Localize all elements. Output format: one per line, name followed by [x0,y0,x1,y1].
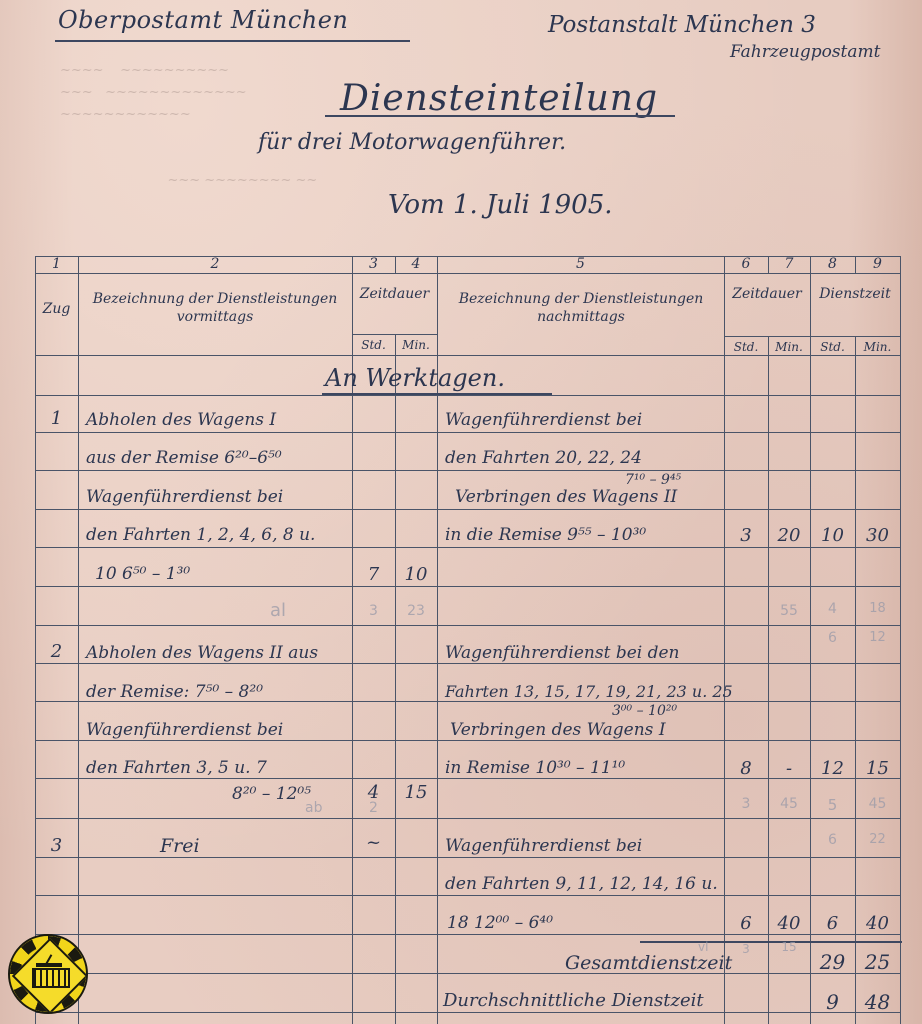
header-afternoon-duties: Bezeichnung der Dienstleistungen nachmit… [445,290,717,326]
average-duty-label: Durchschnittliche Dienstzeit [443,990,704,1011]
pencil-minutes: 15 [768,940,810,954]
afternoon-duty-time: 3⁰⁰ – 10²⁰ [612,703,677,719]
header-total-duty-time: Dienstzeit [810,285,900,303]
document-subtitle: für drei Motorwagenführer. [258,130,566,155]
morning-duty-line: der Remise: 7⁵⁰ – 8²⁰ [86,682,263,702]
morning-hours: 7 [352,564,395,585]
total-duty-hours: 29 [810,950,855,974]
header-afternoon-duration: Zeitdauer [724,285,810,303]
header-zug: Zug [35,300,78,318]
morning-duty-line: 8²⁰ – 12⁰⁵ [232,784,311,804]
afternoon-minutes: 20 [768,525,810,546]
morning-duty-line: Abholen des Wagens I [86,410,276,430]
afternoon-hours: 6 [724,913,768,934]
pencil-minutes: 23 [395,603,437,619]
column-number: 1 [35,256,78,272]
subheader-hours: Std. [724,340,768,354]
column-number: 7 [768,256,810,272]
pencil-minutes: 55 [768,603,810,619]
morning-duty-line: aus der Remise 6²⁰–6⁵⁰ [86,448,282,468]
total-hours: 10 [810,525,855,546]
column-number: 4 [395,256,437,272]
afternoon-hours: 8 [724,758,768,779]
total-minutes: 30 [855,525,900,546]
average-duty-hours: 9 [810,990,855,1014]
afternoon-hours: 3 [724,525,768,546]
total-minutes: 15 [855,758,900,779]
pencil-minutes: 18 [855,601,900,616]
morning-duty-line: den Fahrten 3, 5 u. 7 [86,758,267,778]
morning-minutes: 10 [395,564,437,585]
pencil-note: vl [698,940,708,954]
subheader-minutes: Min. [768,340,810,354]
total-hours: 12 [810,758,855,779]
pencil-minutes: 45 [768,796,810,812]
afternoon-duty-line: Wagenführerdienst bei den [445,643,680,663]
column-number: 8 [810,256,855,272]
total-duty-label: Gesamtdienstzeit [565,952,732,974]
train-number: 2 [35,641,78,662]
column-number: 2 [78,256,352,272]
afternoon-duty-time: 7¹⁰ – 9⁴⁵ [625,472,681,488]
morning-minutes: 15 [395,782,437,803]
afternoon-duty-line: den Fahrten 9, 11, 12, 14, 16 u. [445,874,718,894]
subheader-minutes: Min. [395,338,437,352]
pencil-hours: 5 [810,796,855,814]
tram-icon [32,968,70,988]
pencil-note: ab [305,800,322,816]
afternoon-duty-line: den Fahrten 20, 22, 24 [445,448,642,468]
column-number: 5 [437,256,724,272]
afternoon-duty-line: in die Remise 9⁵⁵ – 10³⁰ [445,525,646,545]
pencil-hours: 4 [810,601,855,617]
afternoon-duty-line: Verbringen des Wagens II [455,487,677,507]
morning-duty-line: Abholen des Wagens II aus [86,643,318,663]
column-number: 6 [724,256,768,272]
total-minutes: 40 [855,913,900,934]
afternoon-duty-line: Fahrten 13, 15, 17, 19, 21, 23 u. 25 [445,682,733,701]
pencil-minutes: 22 [855,832,900,847]
afternoon-duty-line: 18 12⁰⁰ – 6⁴⁰ [447,913,553,933]
subheader-minutes: Min. [855,340,900,354]
issuing-office: Oberpostamt München [58,6,348,34]
morning-duty-line: den Fahrten 1, 2, 4, 6, 8 u. [86,525,315,545]
pencil-hours: 3 [724,942,768,956]
document-title-underline [325,115,675,117]
pencil-minutes: 45 [855,796,900,812]
section-underline [322,393,552,395]
morning-duty-line: Wagenführerdienst bei [86,487,283,507]
column-number: 9 [855,256,900,272]
morning-duty-line: Frei [160,835,200,857]
section-weekdays: An Werktagen. [325,364,505,392]
afternoon-duty-line: in Remise 10³⁰ – 11¹⁰ [445,758,625,778]
afternoon-duty-line: Verbringen des Wagens I [450,720,666,740]
document-date: Vom 1. Juli 1905. [388,190,613,220]
afternoon-minutes: 40 [768,913,810,934]
pencil-minutes: 12 [855,630,900,645]
average-duty-minutes: 48 [855,990,900,1014]
pencil-note: al [270,600,286,621]
subheader-hours: Std. [810,340,855,354]
tram-museum-logo [8,934,88,1014]
morning-duty-line: Wagenführerdienst bei [86,720,283,740]
morning-duty-line: 10 6⁵⁰ – 1³⁰ [95,564,190,584]
bleed-through-text: ~~~~ ~~~~~~~~~~~~~ ~~~~~~~~~~~~~~~~~~~~~… [60,60,317,192]
pencil-hours: 6 [810,630,855,646]
document-title: Diensteinteilung [340,78,658,119]
afternoon-minutes: - [768,758,810,779]
subheader-hours: Std. [352,338,395,352]
column-number: 3 [352,256,395,272]
pencil-hours: 6 [810,832,855,848]
total-hours: 6 [810,913,855,934]
issuing-office-underline [55,40,410,42]
train-number: 1 [35,408,78,429]
header-morning-duties: Bezeichnung der Dienstleistungen vormitt… [84,290,346,326]
total-duty-minutes: 25 [855,950,900,974]
post-office: Postanstalt München 3 [548,12,816,38]
pencil-hours: 3 [724,796,768,812]
afternoon-duty-line: Wagenführerdienst bei [445,410,642,430]
tram-roof-icon [36,963,62,967]
pencil-hours: 2 [352,800,395,816]
afternoon-duty-line: Wagenführerdienst bei [445,836,642,856]
header-morning-duration: Zeitdauer [352,285,437,303]
pencil-hours: 3 [352,603,395,619]
post-office-department: Fahrzeugpostamt [730,42,880,62]
train-number: 3 [35,835,78,856]
morning-hours: ~ [352,832,395,853]
